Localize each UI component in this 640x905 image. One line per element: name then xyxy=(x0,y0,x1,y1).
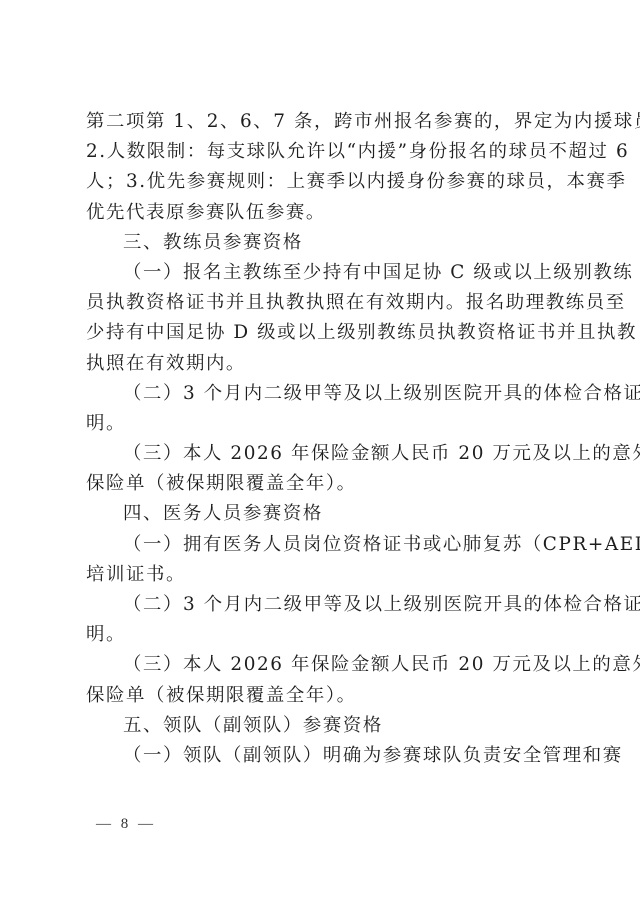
paragraph-line: （一）领队（副领队）明确为参赛球队负责安全管理和赛 xyxy=(86,741,558,771)
section-heading-coach-eligibility: 三、教练员参赛资格 xyxy=(86,228,558,258)
section-heading-medical-eligibility: 四、医务人员参赛资格 xyxy=(86,499,558,529)
paragraph-line: （三）本人 2026 年保险金额人民币 20 万元及以上的意外 xyxy=(86,650,558,680)
document-body: 第二项第 1、2、6、7 条，跨市州报名参赛的，界定为内援球员； 2.人数限制：… xyxy=(86,107,558,771)
paragraph-line: （二）3 个月内二级甲等及以上级别医院开具的体检合格证 xyxy=(86,590,558,620)
paragraph-line: 优先代表原参赛队伍参赛。 xyxy=(86,198,558,228)
paragraph-line: 人；3.优先参赛规则：上赛季以内援身份参赛的球员，本赛季 xyxy=(86,167,558,197)
paragraph-line: 第二项第 1、2、6、7 条，跨市州报名参赛的，界定为内援球员； xyxy=(86,107,558,137)
paragraph-line: （二）3 个月内二级甲等及以上级别医院开具的体检合格证 xyxy=(86,379,558,409)
document-page: 第二项第 1、2、6、7 条，跨市州报名参赛的，界定为内援球员； 2.人数限制：… xyxy=(0,0,640,905)
paragraph-line: 培训证书。 xyxy=(86,560,558,590)
page-number: — 8 — xyxy=(96,816,156,833)
paragraph-line: 执照在有效期内。 xyxy=(86,349,558,379)
paragraph-line: 明。 xyxy=(86,620,558,650)
paragraph-line: 少持有中国足协 D 级或以上级别教练员执教资格证书并且执教 xyxy=(86,318,558,348)
paragraph-line: 保险单（被保期限覆盖全年）。 xyxy=(86,681,558,711)
paragraph-line: 2.人数限制：每支球队允许以“内援”身份报名的球员不超过 6 xyxy=(86,137,558,167)
section-heading-team-leader-eligibility: 五、领队（副领队）参赛资格 xyxy=(86,711,558,741)
paragraph-line: 保险单（被保期限覆盖全年）。 xyxy=(86,469,558,499)
paragraph-line: 明。 xyxy=(86,409,558,439)
paragraph-line: （一）报名主教练至少持有中国足协 C 级或以上级别教练 xyxy=(86,258,558,288)
paragraph-line: （一）拥有医务人员岗位资格证书或心肺复苏（CPR+AED） xyxy=(86,530,558,560)
paragraph-line: 员执教资格证书并且执教执照在有效期内。报名助理教练员至 xyxy=(86,288,558,318)
paragraph-line: （三）本人 2026 年保险金额人民币 20 万元及以上的意外 xyxy=(86,439,558,469)
